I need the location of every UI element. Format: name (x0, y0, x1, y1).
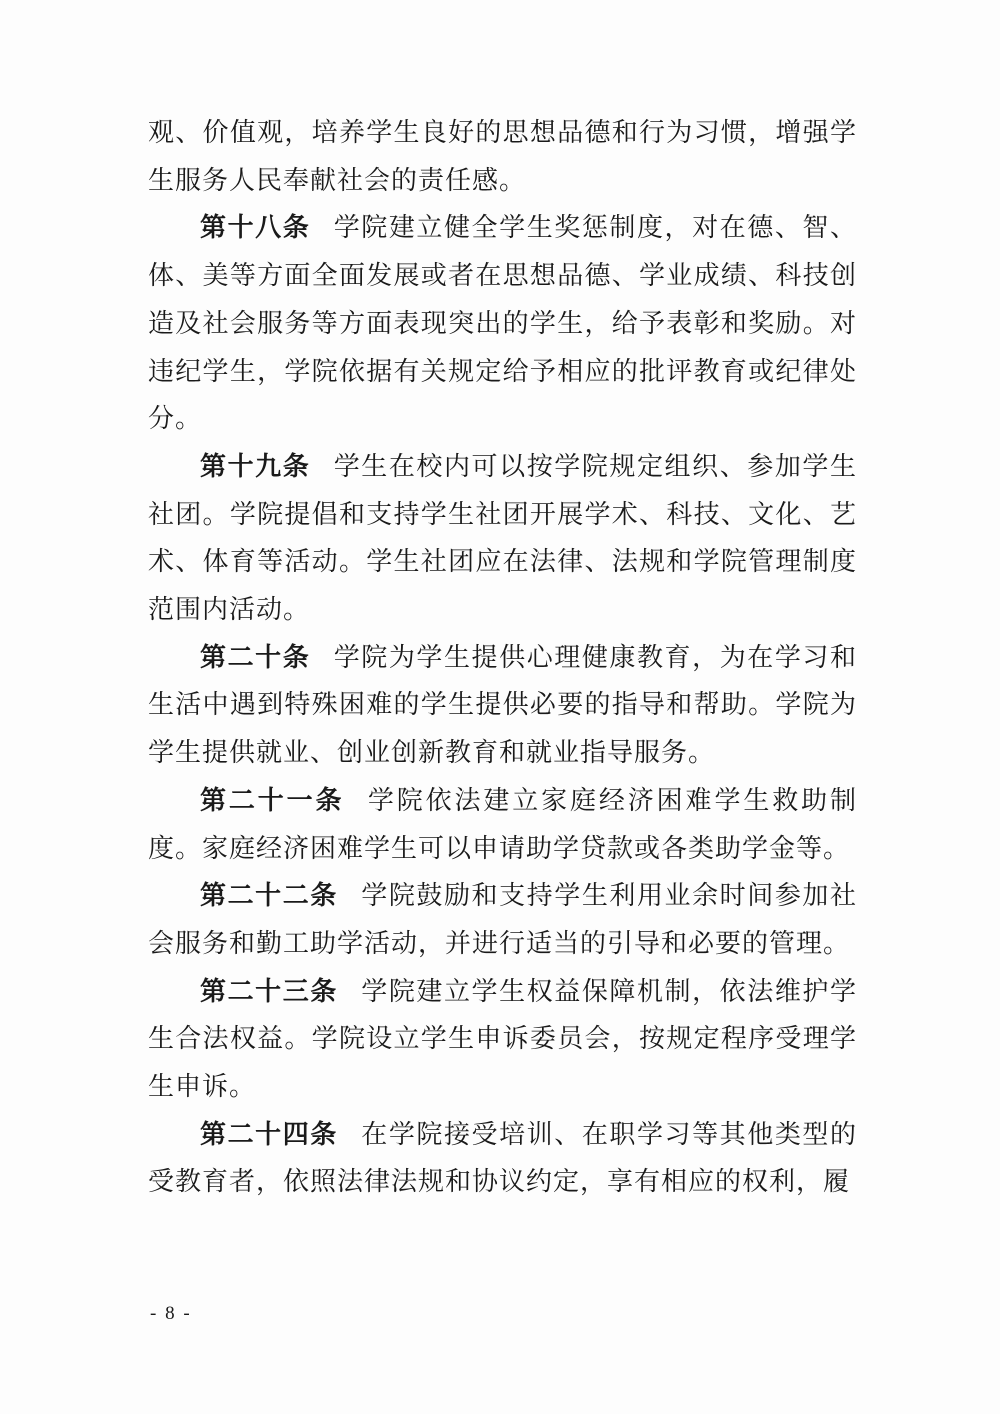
document-text-block: 观、价值观，培养学生良好的思想品德和行为习惯，增强学生服务人民奉献社会的责任感。… (148, 109, 857, 1206)
article-number: 第二十二条 (200, 881, 338, 910)
article-number: 第二十三条 (200, 977, 338, 1006)
page-number: - 8 - (150, 1303, 192, 1325)
article-number: 第十八条 (200, 213, 310, 242)
paragraph-text: 观、价值观，培养学生良好的思想品德和行为习惯，增强学生服务人民奉献社会的责任感。 (148, 118, 857, 195)
paragraph: 第二十一条学院依法建立家庭经济困难学生救助制度。家庭经济困难学生可以申请助学贷款… (148, 777, 857, 872)
paragraph: 观、价值观，培养学生良好的思想品德和行为习惯，增强学生服务人民奉献社会的责任感。 (148, 109, 857, 204)
article-number: 第二十四条 (200, 1120, 338, 1149)
article-number: 第二十一条 (200, 786, 344, 815)
paragraph: 第二十四条在学院接受培训、在职学习等其他类型的受教育者，依照法律法规和协议约定，… (148, 1111, 857, 1206)
paragraph: 第二十条学院为学生提供心理健康教育，为在学习和生活中遇到特殊困难的学生提供必要的… (148, 634, 857, 777)
article-number: 第十九条 (200, 452, 310, 481)
paragraph: 第十九条学生在校内可以按学院规定组织、参加学生社团。学院提倡和支持学生社团开展学… (148, 443, 857, 634)
article-number: 第二十条 (200, 643, 310, 672)
paragraph: 第十八条学院建立健全学生奖惩制度，对在德、智、体、美等方面全面发展或者在思想品德… (148, 204, 857, 443)
paragraph-text: 学院建立健全学生奖惩制度，对在德、智、体、美等方面全面发展或者在思想品德、学业成… (148, 213, 857, 433)
paragraph: 第二十二条学院鼓励和支持学生利用业余时间参加社会服务和勤工助学活动，并进行适当的… (148, 872, 857, 967)
document-page: 观、价值观，培养学生良好的思想品德和行为习惯，增强学生服务人民奉献社会的责任感。… (0, 0, 1000, 1414)
paragraph: 第二十三条学院建立学生权益保障机制，依法维护学生合法权益。学院设立学生申诉委员会… (148, 968, 857, 1111)
